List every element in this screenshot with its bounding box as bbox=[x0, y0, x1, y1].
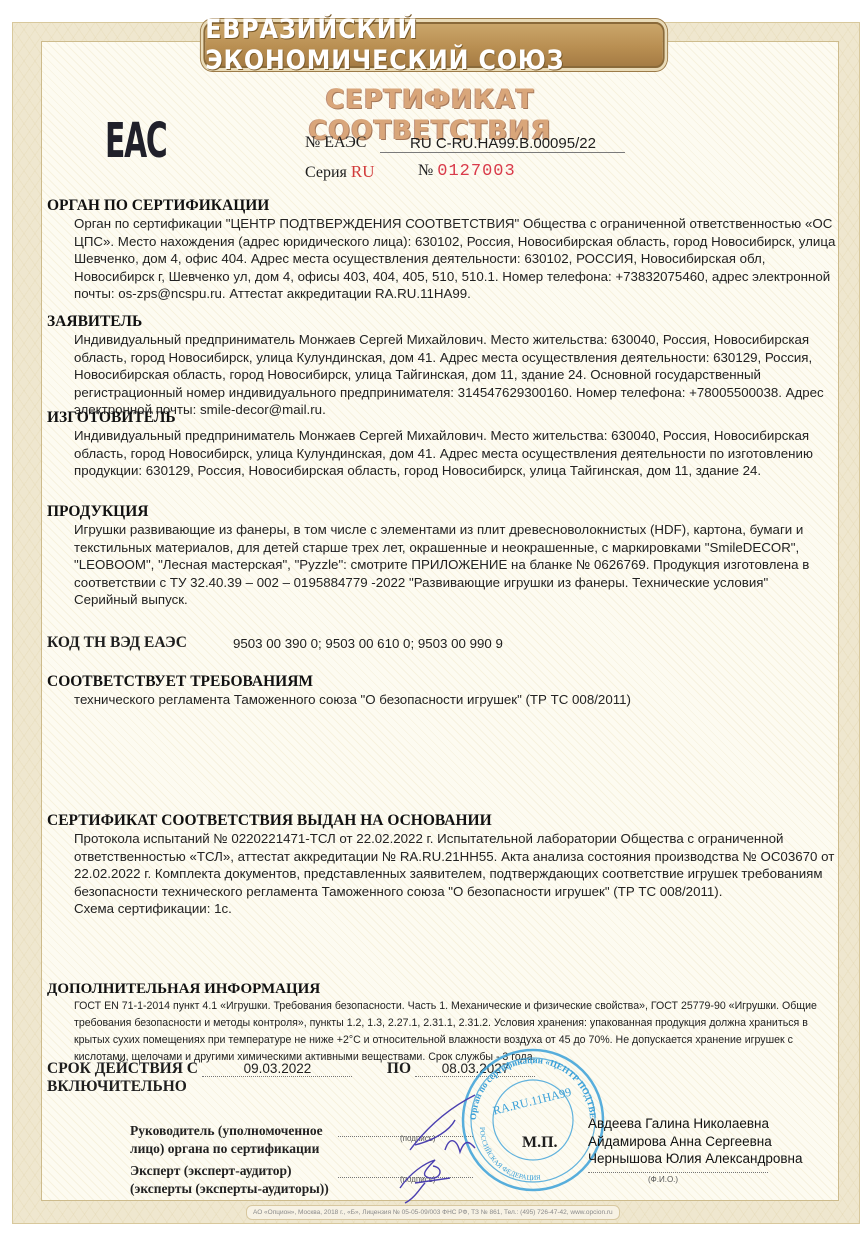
tnved-label: КОД ТН ВЭД ЕАЭС bbox=[47, 634, 187, 651]
series-label: Серия bbox=[305, 164, 347, 181]
section-product: ПРОДУКЦИЯ Игрушки развивающие из фанеры,… bbox=[47, 503, 837, 609]
head-signature-label: Руководитель (уполномоченное лицо) орган… bbox=[130, 1122, 323, 1158]
registration-label: № ЕАЭС bbox=[305, 134, 366, 152]
fio-caption: (Ф.И.О.) bbox=[648, 1175, 678, 1184]
section-applicant: ЗАЯВИТЕЛЬ Индивидуальный предприниматель… bbox=[47, 313, 837, 419]
section-compliance: СООТВЕТСТВУЕТ ТРЕБОВАНИЯМ технического р… bbox=[47, 673, 837, 709]
series-value: RU bbox=[351, 162, 375, 181]
section-text: Протокола испытаний № 0220221471-ТСЛ от … bbox=[74, 830, 837, 900]
expert-label-line-2: (эксперты (эксперты-аудиторы)) bbox=[130, 1180, 329, 1198]
section-heading: ЗАЯВИТЕЛЬ bbox=[47, 313, 837, 331]
expert-signature-label: Эксперт (эксперт-аудитор) (эксперты (экс… bbox=[130, 1162, 329, 1198]
registration-number: RU C-RU.HA99.B.00095/22 bbox=[380, 135, 625, 153]
head-label-line-1: Руководитель (уполномоченное bbox=[130, 1122, 323, 1140]
section-heading: СЕРТИФИКАТ СООТВЕТСТВИЯ ВЫДАН НА ОСНОВАН… bbox=[47, 812, 837, 830]
head-label-line-2: лицо) органа по сертификации bbox=[130, 1140, 323, 1158]
seal-label: М.П. bbox=[522, 1134, 558, 1152]
svg-text:RA.RU.11HA99: RA.RU.11HA99 bbox=[491, 1085, 572, 1118]
expert-signature-icon bbox=[395, 1148, 475, 1208]
section-text: Игрушки развивающие из фанеры, в том чис… bbox=[74, 521, 837, 591]
blank-number: 0127003 bbox=[437, 162, 515, 181]
tnved-value: 9503 00 390 0; 9503 00 610 0; 9503 00 99… bbox=[233, 636, 633, 651]
fio-line bbox=[588, 1172, 768, 1173]
validity-date-from: 09.03.2022 bbox=[202, 1061, 352, 1077]
blank-number-line: № 0127003 bbox=[418, 162, 516, 181]
series-line: Серия RU bbox=[305, 162, 375, 182]
eac-logo-icon: ЕАС bbox=[105, 116, 140, 166]
signatory-name: Айдамирова Анна Сергеевна bbox=[588, 1133, 803, 1151]
certification-scheme: Схема сертификации: 1с. bbox=[74, 900, 837, 918]
union-title-banner: ЕВРАЗИЙСКИЙ ЭКОНОМИЧЕСКИЙ СОЮЗ bbox=[203, 22, 664, 68]
section-heading: ДОПОЛНИТЕЛЬНАЯ ИНФОРМАЦИЯ bbox=[47, 980, 837, 998]
expert-label-line-1: Эксперт (эксперт-аудитор) bbox=[130, 1162, 329, 1180]
number-label: № bbox=[418, 162, 433, 179]
section-additional-info: ДОПОЛНИТЕЛЬНАЯ ИНФОРМАЦИЯ ГОСТ EN 71-1-2… bbox=[47, 980, 837, 1066]
section-heading: СООТВЕТСТВУЕТ ТРЕБОВАНИЯМ bbox=[47, 673, 837, 691]
section-heading: ИЗГОТОВИТЕЛЬ bbox=[47, 409, 837, 427]
signatory-name: Чернышова Юлия Александровна bbox=[588, 1150, 803, 1168]
tnved-code: КОД ТН ВЭД ЕАЭС 9503 00 390 0; 9503 00 6… bbox=[47, 634, 187, 652]
section-text: Орган по сертификации "ЦЕНТР ПОДТВЕРЖДЕН… bbox=[74, 215, 837, 303]
section-text: Индивидуальный предприниматель Монжаев С… bbox=[74, 331, 837, 419]
validity-from-label: СРОК ДЕЙСТВИЯ С bbox=[47, 1060, 198, 1077]
section-text: Индивидуальный предприниматель Монжаев С… bbox=[74, 427, 837, 480]
section-issue-basis: СЕРТИФИКАТ СООТВЕТСТВИЯ ВЫДАН НА ОСНОВАН… bbox=[47, 812, 837, 918]
section-text: ГОСТ EN 71-1-2014 пункт 4.1 «Игрушки. Тр… bbox=[74, 998, 837, 1066]
section-manufacturer: ИЗГОТОВИТЕЛЬ Индивидуальный предпринимат… bbox=[47, 409, 837, 480]
section-certification-body: ОРГАН ПО СЕРТИФИКАЦИИ Орган по сертифика… bbox=[47, 197, 837, 303]
section-heading: ОРГАН ПО СЕРТИФИКАЦИИ bbox=[47, 197, 837, 215]
release-type: Серийный выпуск. bbox=[74, 591, 837, 609]
printer-imprint: АО «Опцион», Москва, 2018 г., «Б», Лицен… bbox=[246, 1205, 620, 1220]
section-heading: ПРОДУКЦИЯ bbox=[47, 503, 837, 521]
signatory-names: Авдеева Галина Николаевна Айдамирова Анн… bbox=[588, 1115, 803, 1168]
section-text: технического регламента Таможенного союз… bbox=[74, 691, 837, 709]
signatory-name: Авдеева Галина Николаевна bbox=[588, 1115, 803, 1133]
validity-to-label: ПО bbox=[387, 1060, 411, 1077]
